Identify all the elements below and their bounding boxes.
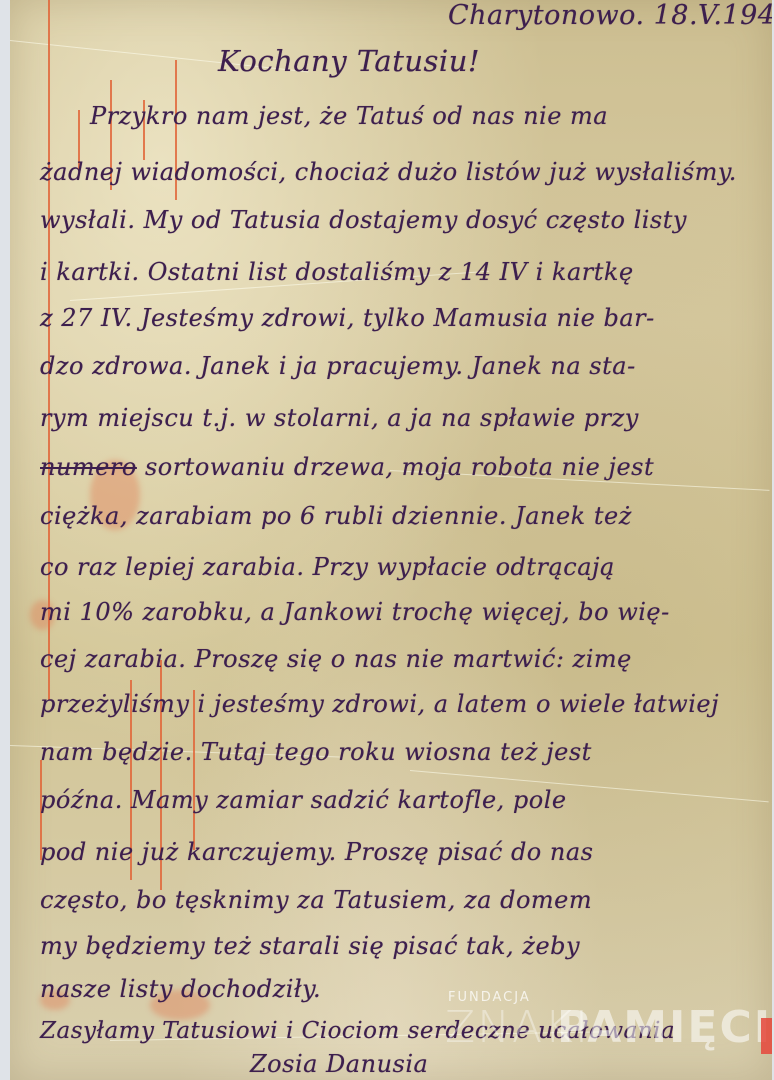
body-line: późna. Mamy zamiar sadzić kartofle, pole: [40, 786, 567, 814]
body-line: mi 10% zarobku, a Jankowi trochę więcej,…: [40, 598, 670, 626]
body-line: co raz lepiej zarabia. Przy wypłacie odt…: [40, 553, 615, 581]
body-line: dzo zdrowa. Janek i ja pracujemy. Janek …: [40, 352, 636, 380]
struck-word: numero: [40, 453, 137, 481]
place-date: Charytonowo. 18.V.1941r.: [448, 0, 772, 31]
body-line: i kartki. Ostatni list dostaliśmy z 14 I…: [40, 258, 634, 286]
body-line: my będziemy też starali się pisać tak, ż…: [40, 932, 580, 960]
watermark-accent-mark: [761, 1018, 772, 1054]
body-line: nasze listy dochodziły.: [40, 975, 321, 1003]
body-line: Przykro nam jest, że Tatuś od nas nie ma: [90, 102, 608, 130]
body-line: z 27 IV. Jesteśmy zdrowi, tylko Mamusia …: [40, 304, 655, 332]
body-line: wysłali. My od Tatusia dostajemy dosyć c…: [40, 206, 687, 234]
body-line: rym miejscu t.j. w stolarni, a ja na spł…: [40, 404, 639, 432]
closing: Zasyłamy Tatusiowi i Ciociom serdeczne u…: [40, 1018, 675, 1044]
signature: Zosia Danusia: [250, 1050, 428, 1078]
body-line: przeżyliśmy i jesteśmy zdrowi, a latem o…: [40, 690, 719, 718]
margin-line: [48, 0, 50, 700]
body-line: żadnej wiadomości, chociaż dużo listów j…: [40, 158, 737, 186]
body-line: często, bo tęsknimy za Tatusiem, za dome…: [40, 886, 592, 914]
letter-page: Charytonowo. 18.V.1941r. Kochany Tatusiu…: [10, 0, 772, 1080]
greeting: Kochany Tatusiu!: [218, 44, 480, 78]
body-line: ciężka, zarabiam po 6 rubli dziennie. Ja…: [40, 502, 632, 530]
body-line-with-strike: numero sortowaniu drzewa, moja robota ni…: [40, 453, 654, 481]
body-line: sortowaniu drzewa, moja robota nie jest: [145, 453, 654, 481]
body-line: cej zarabia. Proszę się o nas nie martwi…: [40, 645, 632, 673]
body-line: nam będzie. Tutaj tego roku wiosna też j…: [40, 738, 592, 766]
body-line: pod nie już karczujemy. Proszę pisać do …: [40, 838, 593, 866]
watermark-small-text: FUNDACJA: [448, 990, 531, 1005]
